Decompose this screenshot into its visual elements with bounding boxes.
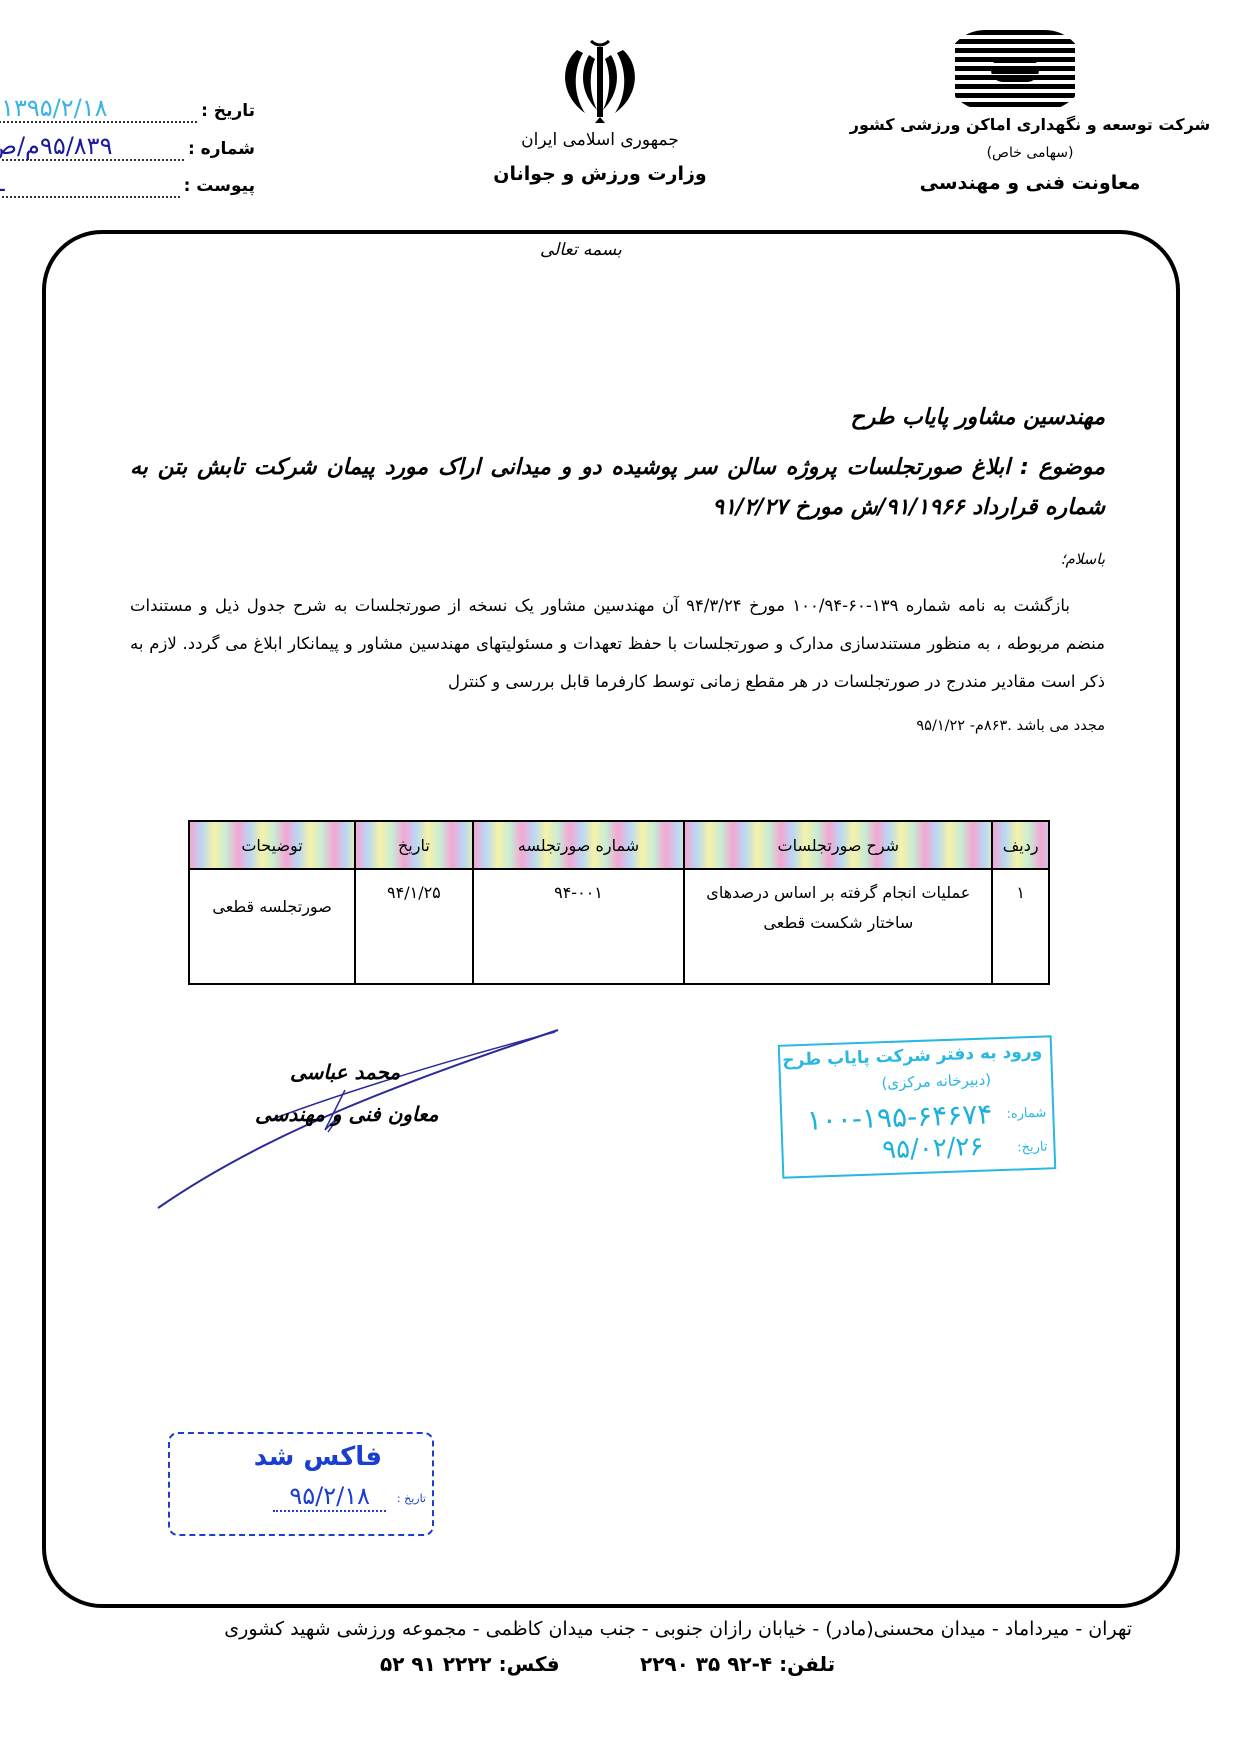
date-value: ۱۳۹۵/۲/۱۸ [0, 95, 197, 123]
number-label: شماره : [188, 139, 255, 159]
header-date: تاریخ [355, 821, 473, 869]
footer-address: تهران - میرداماد - میدان محسنی(مادر) - خ… [122, 1612, 1132, 1646]
company-type: (سهامی خاص) [840, 145, 1220, 161]
header-minutes-number: شماره صورتجلسه [473, 821, 685, 869]
table-header-row: ردیف شرح صورتجلسات شماره صورتجلسه تاریخ … [189, 821, 1049, 869]
header-notes: توضیحات [189, 821, 355, 869]
table-row: ۱ عملیات انجام گرفته بر اساس درصدهای ساخ… [189, 869, 1049, 984]
cell-description-line1: عملیات انجام گرفته بر اساس درصدهای [686, 878, 990, 908]
entry-stamp-title: ورود به دفتر شرکت پایاب طرح [782, 1042, 1042, 1071]
header-description: شرح صورتجلسات [684, 821, 992, 869]
fax-stamp: فاکس شد تاریخ : ۹۵/۲/۱۸ [168, 1432, 434, 1536]
attachment-row: پیوست : ـــ [0, 170, 255, 198]
cell-row-number: ۱ [992, 869, 1049, 984]
cell-notes: صورتجلسه قطعی [189, 869, 355, 984]
signatory-title: معاون فنی و مهندسی [255, 1102, 439, 1126]
entry-stamp-number: ۱۰۰-۱۹۵-۶۴۶۷۴ [806, 1097, 993, 1136]
division-title: معاونت فنی و مهندسی [840, 172, 1220, 194]
cell-minutes-number: ۹۴-۰۰۱ [473, 869, 685, 984]
body-paragraph-end: مجدد می باشد .۸۶۳م- ۹۵/۱/۲۲ [916, 718, 1105, 734]
entry-stamp-number-label: شماره: [1006, 1105, 1046, 1121]
entry-stamp-date-label: تاریخ: [1017, 1139, 1048, 1155]
fax-stamp-date: ۹۵/۲/۱۸ [273, 1482, 386, 1512]
signatory-name: محمد عباسی [290, 1060, 400, 1084]
entry-stamp-subtitle: (دبیرخانه مرکزی) [881, 1070, 991, 1092]
cell-description-line2: ساختار شکست قطعی [686, 908, 990, 938]
date-label: تاریخ : [201, 101, 255, 121]
ministry-title: وزارت ورزش و جوانان [450, 163, 750, 185]
number-row: شماره : ۹۵/۸۳۹م/ص [0, 133, 255, 161]
footer-phone: تلفن: ۴-۹۲ ۳۵ ۲۲۹۰ [640, 1652, 835, 1676]
company-name: شرکت توسعه و نگهداری اماکن ورزشی کشور [840, 115, 1220, 134]
header-row-number: ردیف [992, 821, 1049, 869]
striped-ring-logo-icon [955, 28, 1075, 112]
addressee: مهندسین مشاور پایاب طرح [851, 405, 1105, 430]
cell-description: عملیات انجام گرفته بر اساس درصدهای ساختا… [684, 869, 992, 984]
attachment-value: ـــ [0, 170, 180, 198]
basmala: بسمه تعالی [540, 240, 622, 260]
fax-stamp-date-label: تاریخ : [397, 1492, 426, 1505]
footer-fax: فکس: ۲۲۲۲ ۹۱ ۵۲ [380, 1652, 560, 1676]
attachment-label: پیوست : [184, 176, 255, 196]
entry-stamp: ورود به دفتر شرکت پایاب طرح (دبیرخانه مر… [778, 1035, 1057, 1178]
greeting: باسلام؛ [1061, 550, 1105, 568]
minutes-table: ردیف شرح صورتجلسات شماره صورتجلسه تاریخ … [188, 820, 1050, 985]
body-paragraph: بازگشت به نامه شماره ۱۳۹-۶۰-۱۰۰/۹۴ مورخ … [130, 587, 1105, 701]
entry-stamp-date: ۹۵/۰۲/۲۶ [882, 1132, 984, 1166]
republic-title: جمهوری اسلامی ایران [450, 130, 750, 150]
cell-date: ۹۴/۱/۲۵ [355, 869, 473, 984]
number-value: ۹۵/۸۳۹م/ص [0, 133, 184, 161]
iran-emblem-icon [555, 35, 645, 125]
date-row: تاریخ : ۱۳۹۵/۲/۱۸ [0, 95, 255, 123]
subject: موضوع : ابلاغ صورتجلسات پروژه سالن سر پو… [130, 448, 1105, 528]
fax-stamp-title: فاکس شد [254, 1442, 382, 1472]
